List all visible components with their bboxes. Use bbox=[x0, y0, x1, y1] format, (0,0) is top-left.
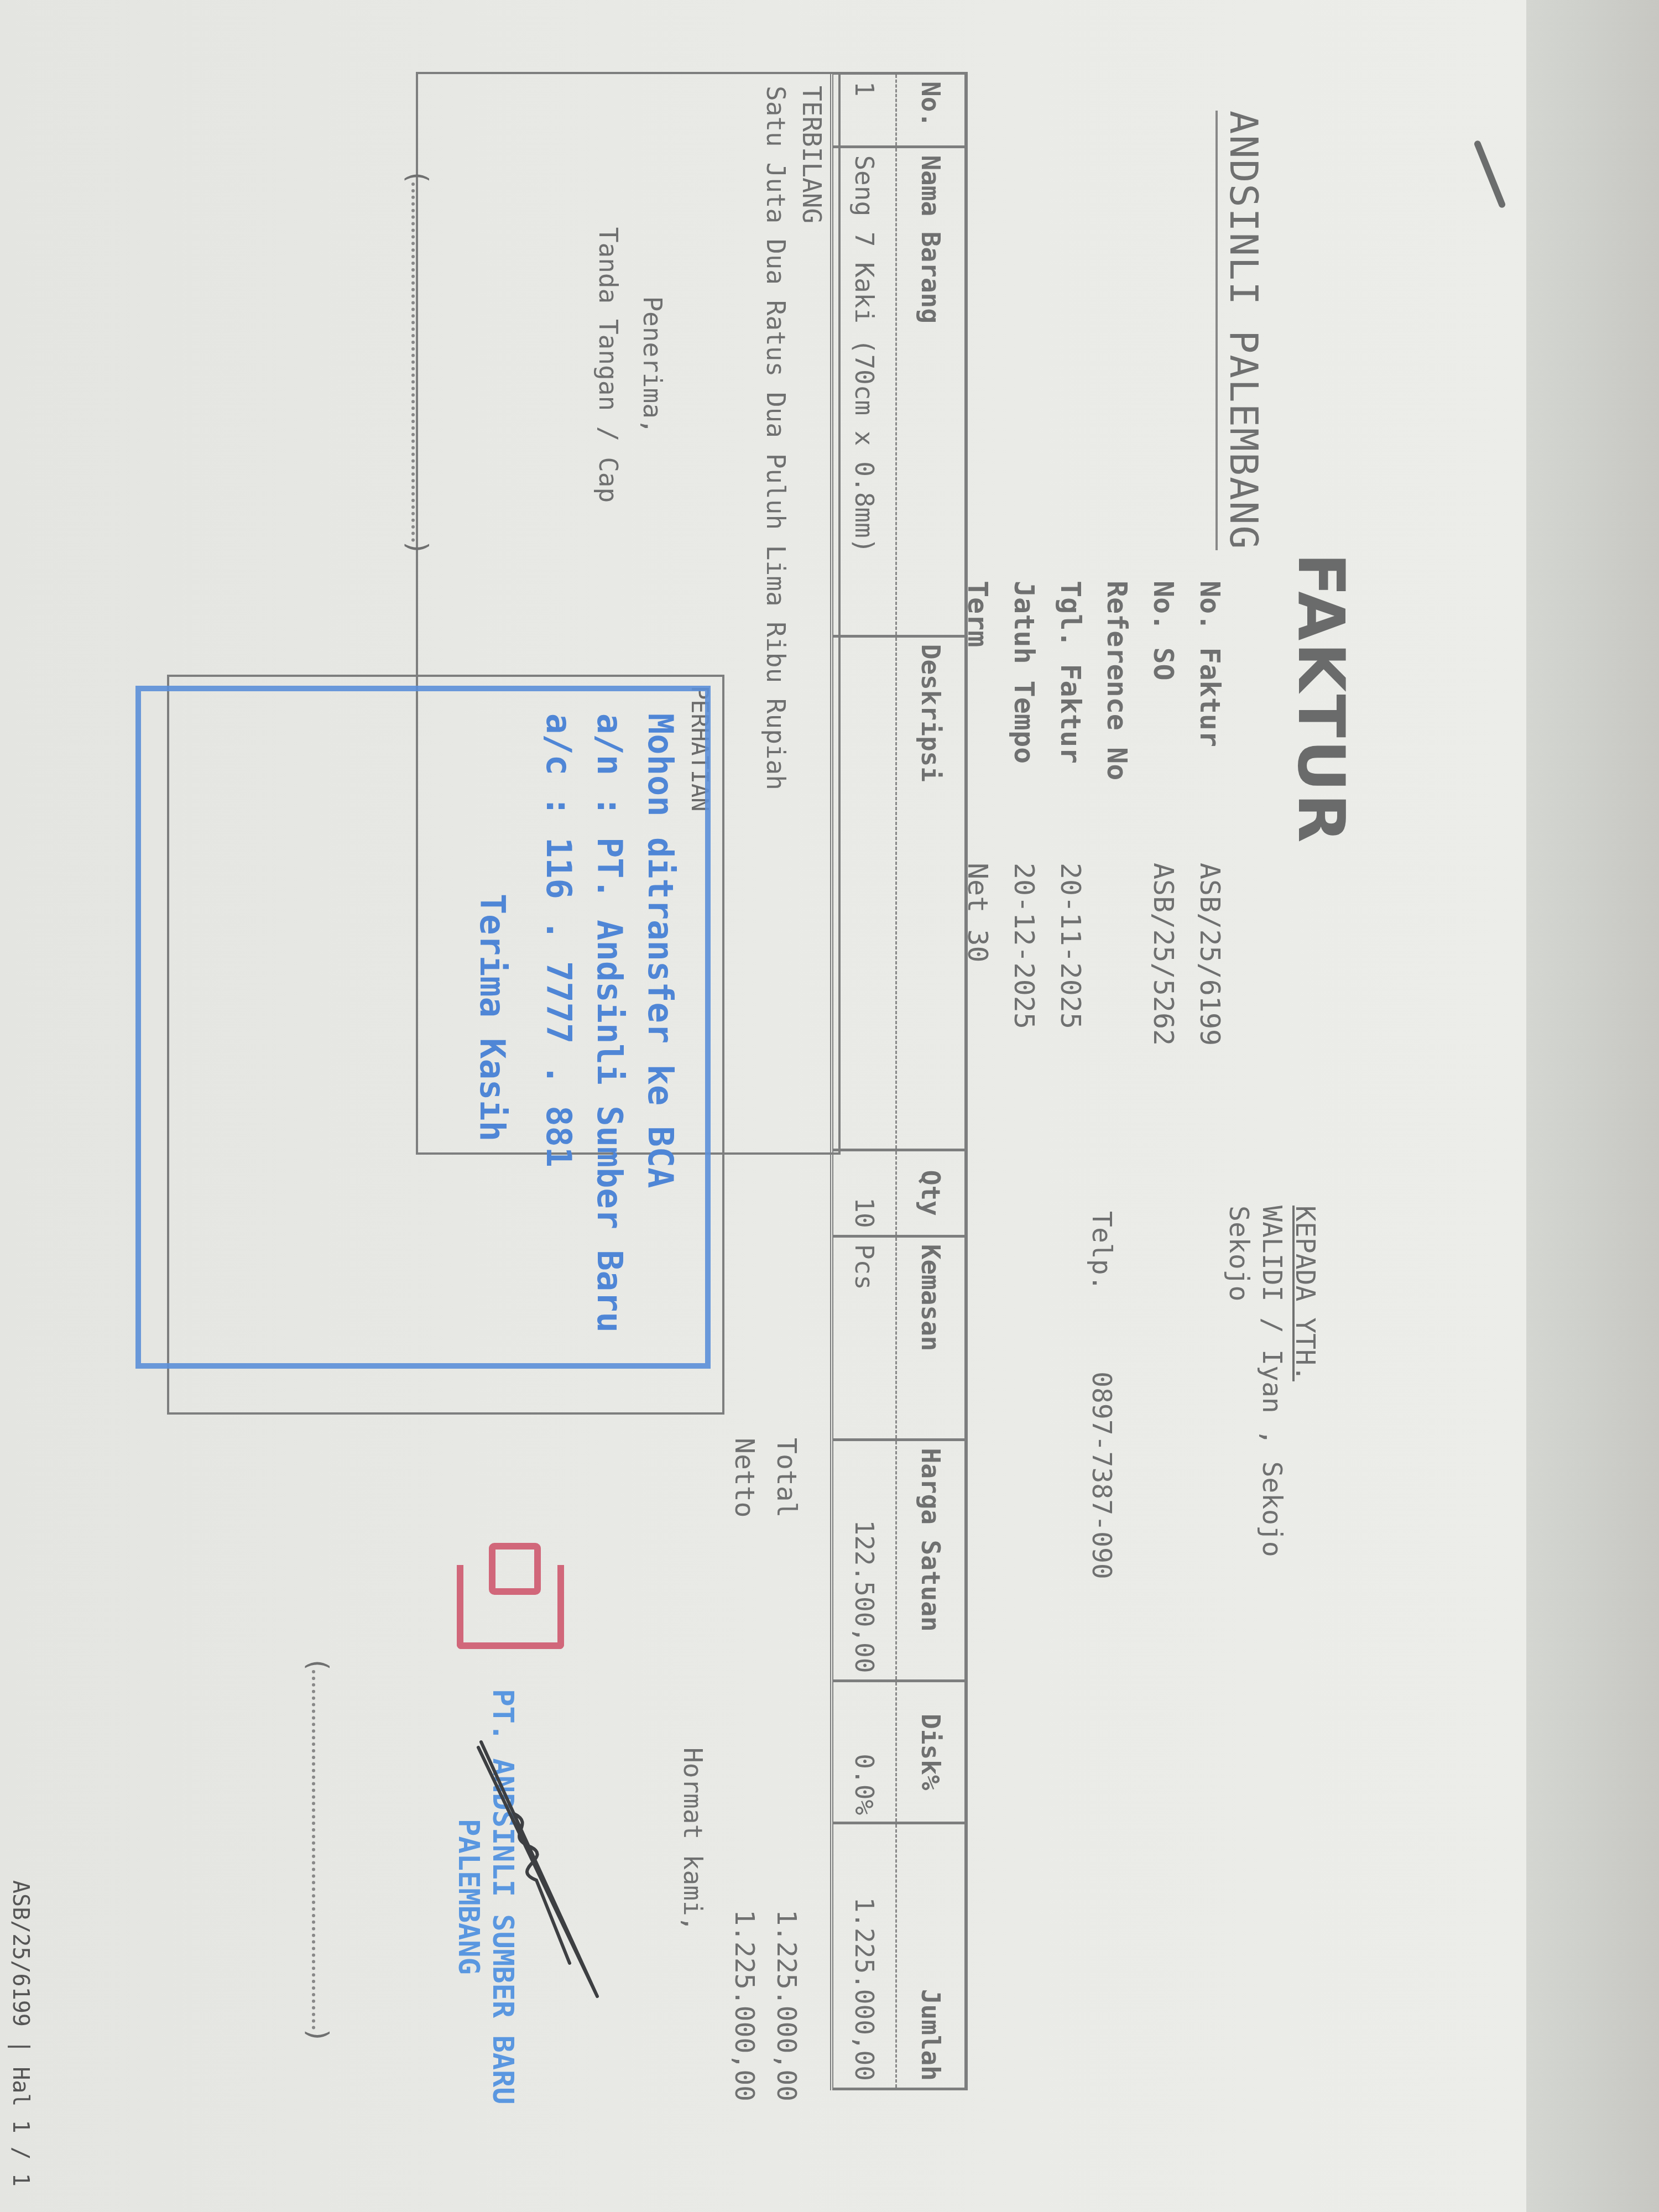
netto-label: Netto bbox=[723, 1438, 765, 1518]
table-header-row: No. Nama Barang Deskripsi Qty Kemasan Ha… bbox=[896, 74, 967, 2089]
field-value-reference bbox=[1094, 863, 1140, 1046]
terbilang-label: TERBILANG bbox=[797, 86, 827, 223]
totals-values: 1.225.000,00 1.225.000,00 bbox=[723, 1869, 807, 2101]
terbilang-text: Satu Juta Dua Ratus Dua Puluh Lima Ribu … bbox=[761, 86, 791, 790]
cell-unit-price: 122.500,00 bbox=[832, 1440, 896, 1681]
cell-unit: Pcs bbox=[832, 1236, 896, 1440]
col-no: No. bbox=[896, 74, 967, 147]
payment-stamp-line2: a/n : PT. Andsinli Sumber Baru bbox=[584, 713, 635, 1333]
page-footer: ASB/25/6199 | Hal 1 / 1 bbox=[8, 1880, 33, 2187]
company-name: ANDSINLI PALEMBANG bbox=[1215, 111, 1266, 550]
col-nama-barang: Nama Barang bbox=[896, 147, 967, 636]
document-title: FAKTUR bbox=[1284, 553, 1358, 845]
total-value: 1.225.000,00 bbox=[765, 1869, 807, 2101]
totals-labels: Total Netto bbox=[723, 1438, 807, 1518]
items-table: No. Nama Barang Deskripsi Qty Kemasan Ha… bbox=[830, 72, 968, 2090]
total-label: Total bbox=[765, 1438, 807, 1518]
recipient-heading: KEPADA YTH. bbox=[1288, 1206, 1322, 1557]
field-value-no-faktur: ASB/25/6199 bbox=[1187, 863, 1233, 1046]
payment-stamp-line1: Mohon ditransfer ke BCA bbox=[635, 713, 686, 1333]
phone-value: 0897-7387-090 bbox=[1086, 1371, 1117, 1579]
col-kemasan: Kemasan bbox=[896, 1236, 967, 1440]
cell-no: 1 bbox=[832, 74, 896, 147]
field-value-tgl-faktur: 20-11-2025 bbox=[1047, 863, 1094, 1046]
cell-amount: 1.225.000,00 bbox=[832, 1823, 896, 2089]
recipient-address: Sekojo bbox=[1222, 1206, 1255, 1557]
invoice-field-values: ASB/25/6199 ASB/25/5262 20-11-2025 20-12… bbox=[954, 863, 1233, 1046]
cell-discount: 0.0% bbox=[832, 1681, 896, 1823]
field-label-no-faktur: No. Faktur bbox=[1187, 581, 1233, 780]
field-label-no-so: No. SO bbox=[1140, 581, 1187, 780]
pen-mark bbox=[1473, 139, 1506, 208]
recipient-name: WALIDI / Iyan , Sekojo bbox=[1255, 1206, 1288, 1557]
cell-item: Seng 7 Kaki (70cm x 0.8mm) bbox=[832, 147, 896, 636]
table-row: 1 Seng 7 Kaki (70cm x 0.8mm) 10 Pcs 122.… bbox=[832, 74, 896, 2089]
field-label-jatuh-tempo: Jatuh Tempo bbox=[1001, 581, 1047, 780]
signature-icon bbox=[453, 1731, 619, 2018]
payment-stamp: Mohon ditransfer ke BCA a/n : PT. Andsin… bbox=[467, 713, 686, 1333]
company-logo-icon bbox=[457, 1565, 564, 1649]
receiver-signature-line bbox=[411, 182, 415, 542]
col-deskripsi: Deskripsi bbox=[896, 636, 967, 1150]
sender-label: Hormat kami, bbox=[678, 1747, 708, 1931]
col-harga-satuan: Harga Satuan bbox=[896, 1440, 967, 1681]
field-value-jatuh-tempo: 20-12-2025 bbox=[1001, 863, 1047, 1046]
field-value-no-so: ASB/25/5262 bbox=[1140, 863, 1187, 1046]
receiver-block: Penerima, Tanda Tangan / Cap bbox=[586, 199, 675, 531]
payment-stamp-line3: a/c : 116 . 7777 . 881 bbox=[533, 713, 584, 1333]
payment-stamp-thanks: Terima Kasih bbox=[467, 713, 518, 1322]
invoice-paper: ANDSINLI PALEMBANG FAKTUR No. Faktur No.… bbox=[0, 0, 1526, 2212]
cell-qty: 10 bbox=[832, 1150, 896, 1236]
phone-label: Telp. bbox=[1086, 1211, 1117, 1291]
cell-description bbox=[832, 636, 896, 1150]
col-disk: Disk% bbox=[896, 1681, 967, 1823]
col-qty: Qty bbox=[896, 1150, 967, 1236]
field-label-tgl-faktur: Tgl. Faktur bbox=[1047, 581, 1094, 780]
col-jumlah: Jumlah bbox=[896, 1823, 967, 2089]
sender-signature-line bbox=[312, 1670, 315, 2030]
netto-value: 1.225.000,00 bbox=[723, 1869, 765, 2101]
field-label-reference: Reference No bbox=[1094, 581, 1140, 780]
invoice-field-labels: No. Faktur No. SO Reference No Tgl. Fakt… bbox=[954, 581, 1233, 780]
receiver-label: Penerima, bbox=[630, 199, 675, 531]
recipient-block: KEPADA YTH. WALIDI / Iyan , Sekojo Sekoj… bbox=[1222, 1206, 1322, 1557]
receiver-sublabel: Tanda Tangan / Cap bbox=[586, 199, 630, 531]
